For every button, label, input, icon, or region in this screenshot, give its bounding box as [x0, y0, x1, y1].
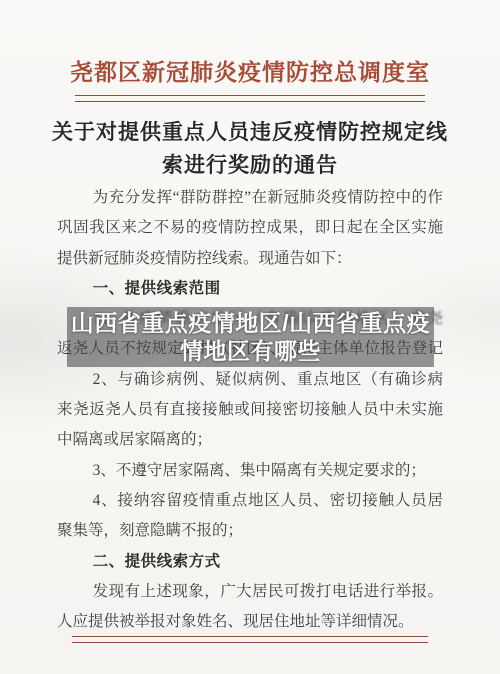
body-line: 来尧返尧人员有直接接触或间接密切接触人员中未实施集 [57, 395, 443, 425]
body-line: 为充分发挥“群防群控”在新冠肺炎疫情防控中的作用， [57, 183, 443, 213]
notice-body: 为充分发挥“群防群控”在新冠肺炎疫情防控中的作用， 巩固我区来之不易的疫情防控成… [57, 183, 443, 637]
section-heading-1: 一、提供线索范围 [57, 274, 443, 304]
body-line: 2、与确诊病例、疑似病例、重点地区（有确诊病例） [57, 365, 443, 395]
body-line: 巩固我区来之不易的疫情防控成果，即日起在全区实施有奖 [57, 213, 443, 243]
notice-title-line-2: 索进行奖励的通告 [40, 149, 460, 182]
body-line: 发现有上述现象，广大居民可拨打电话进行举报。举报 [57, 577, 443, 607]
issuer-title: 尧都区新冠肺炎疫情防控总调度室 [0, 57, 500, 87]
notice-title-line-1: 关于对提供重点人员违反疫情防控规定线 [40, 116, 460, 149]
body-line: 3、不遵守居家隔离、集中隔离有关规定要求的； [57, 456, 443, 486]
footer-double-rule [72, 636, 428, 643]
caption-line-2: 情地区有哪些 [67, 337, 434, 365]
body-line: 聚集等，刻意隐瞒不报的； [57, 516, 443, 546]
section-heading-2: 二、提供线索方式 [57, 547, 443, 577]
body-line: 提供新冠肺炎疫情防控线索。现通告如下： [57, 244, 443, 274]
body-line: 中隔离或居家隔离的； [57, 425, 443, 455]
caption-overlay: 山西省重点疫情地区/山西省重点疫 情地区有哪些 [67, 307, 434, 367]
body-line: 人应提供被举报对象姓名、现居住地址等详细情况。 [57, 607, 443, 637]
caption-line-1: 山西省重点疫情地区/山西省重点疫 [67, 309, 434, 337]
notice-title: 关于对提供重点人员违反疫情防控规定线 索进行奖励的通告 [40, 116, 460, 182]
header-double-rule [75, 95, 425, 102]
document-photo: 尧都区新冠肺炎疫情防控总调度室 关于对提供重点人员违反疫情防控规定线 索进行奖励… [0, 0, 500, 674]
body-line: 4、接纳容留疫情重点地区人员、密切接触人员居住、 [57, 486, 443, 516]
